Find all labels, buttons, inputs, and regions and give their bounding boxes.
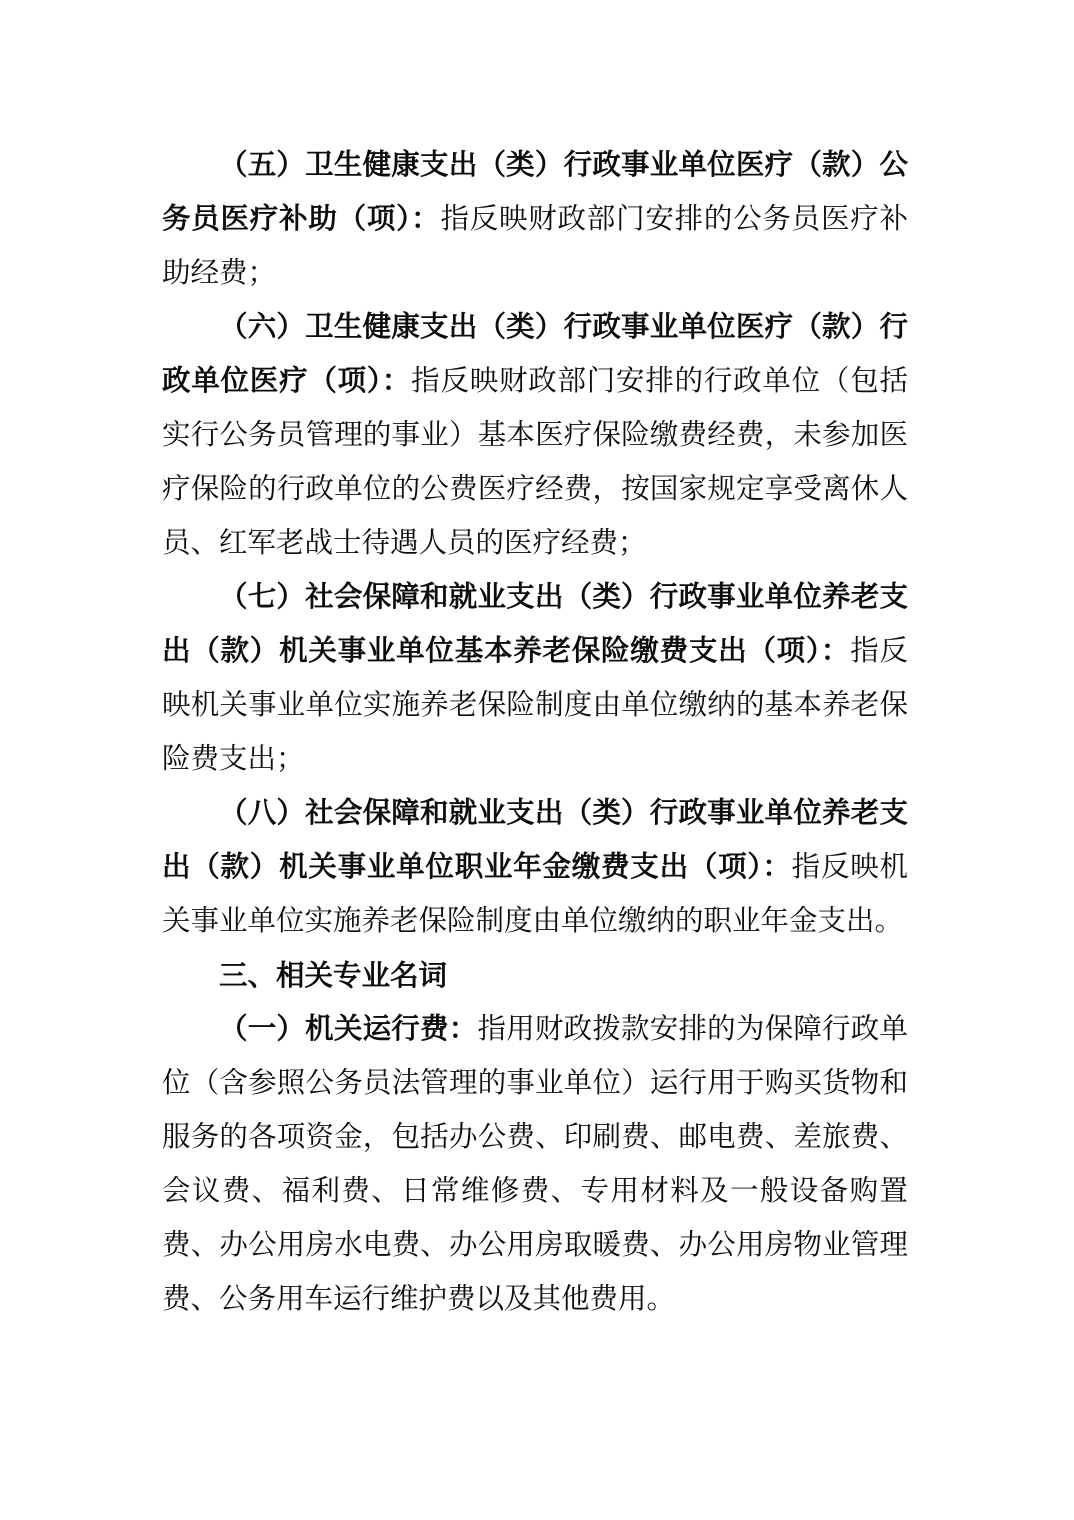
definition-paragraph-1: （一）机关运行费：指用财政拨款安排的为保障行政单位（含参照公务员法管理的事业单位… [162,1003,908,1327]
document-content: （五）卫生健康支出（类）行政事业单位医疗（款）公务员医疗补助（项）：指反映财政部… [162,139,908,1327]
definition-term: （一）机关运行费： [219,1014,477,1045]
definition-paragraph-5: （五）卫生健康支出（类）行政事业单位医疗（款）公务员医疗补助（项）：指反映财政部… [162,139,908,301]
definition-paragraph-7: （七）社会保障和就业支出（类）行政事业单位养老支出（款）机关事业单位基本养老保险… [162,571,908,787]
section-heading: 三、相关专业名词 [162,949,908,1003]
definition-text: 指用财政拨款安排的为保障行政单位（含参照公务员法管理的事业单位）运行用于购买货物… [162,1014,908,1315]
definition-paragraph-6: （六）卫生健康支出（类）行政事业单位医疗（款）行政单位医疗（项）：指反映财政部门… [162,301,908,571]
document-page: （五）卫生健康支出（类）行政事业单位医疗（款）公务员医疗补助（项）：指反映财政部… [0,0,1074,1520]
definition-term: （七）社会保障和就业支出（类）行政事业单位养老支出（款）机关事业单位基本养老保险… [162,582,908,667]
definition-paragraph-8: （八）社会保障和就业支出（类）行政事业单位养老支出（款）机关事业单位职业年金缴费… [162,787,908,949]
